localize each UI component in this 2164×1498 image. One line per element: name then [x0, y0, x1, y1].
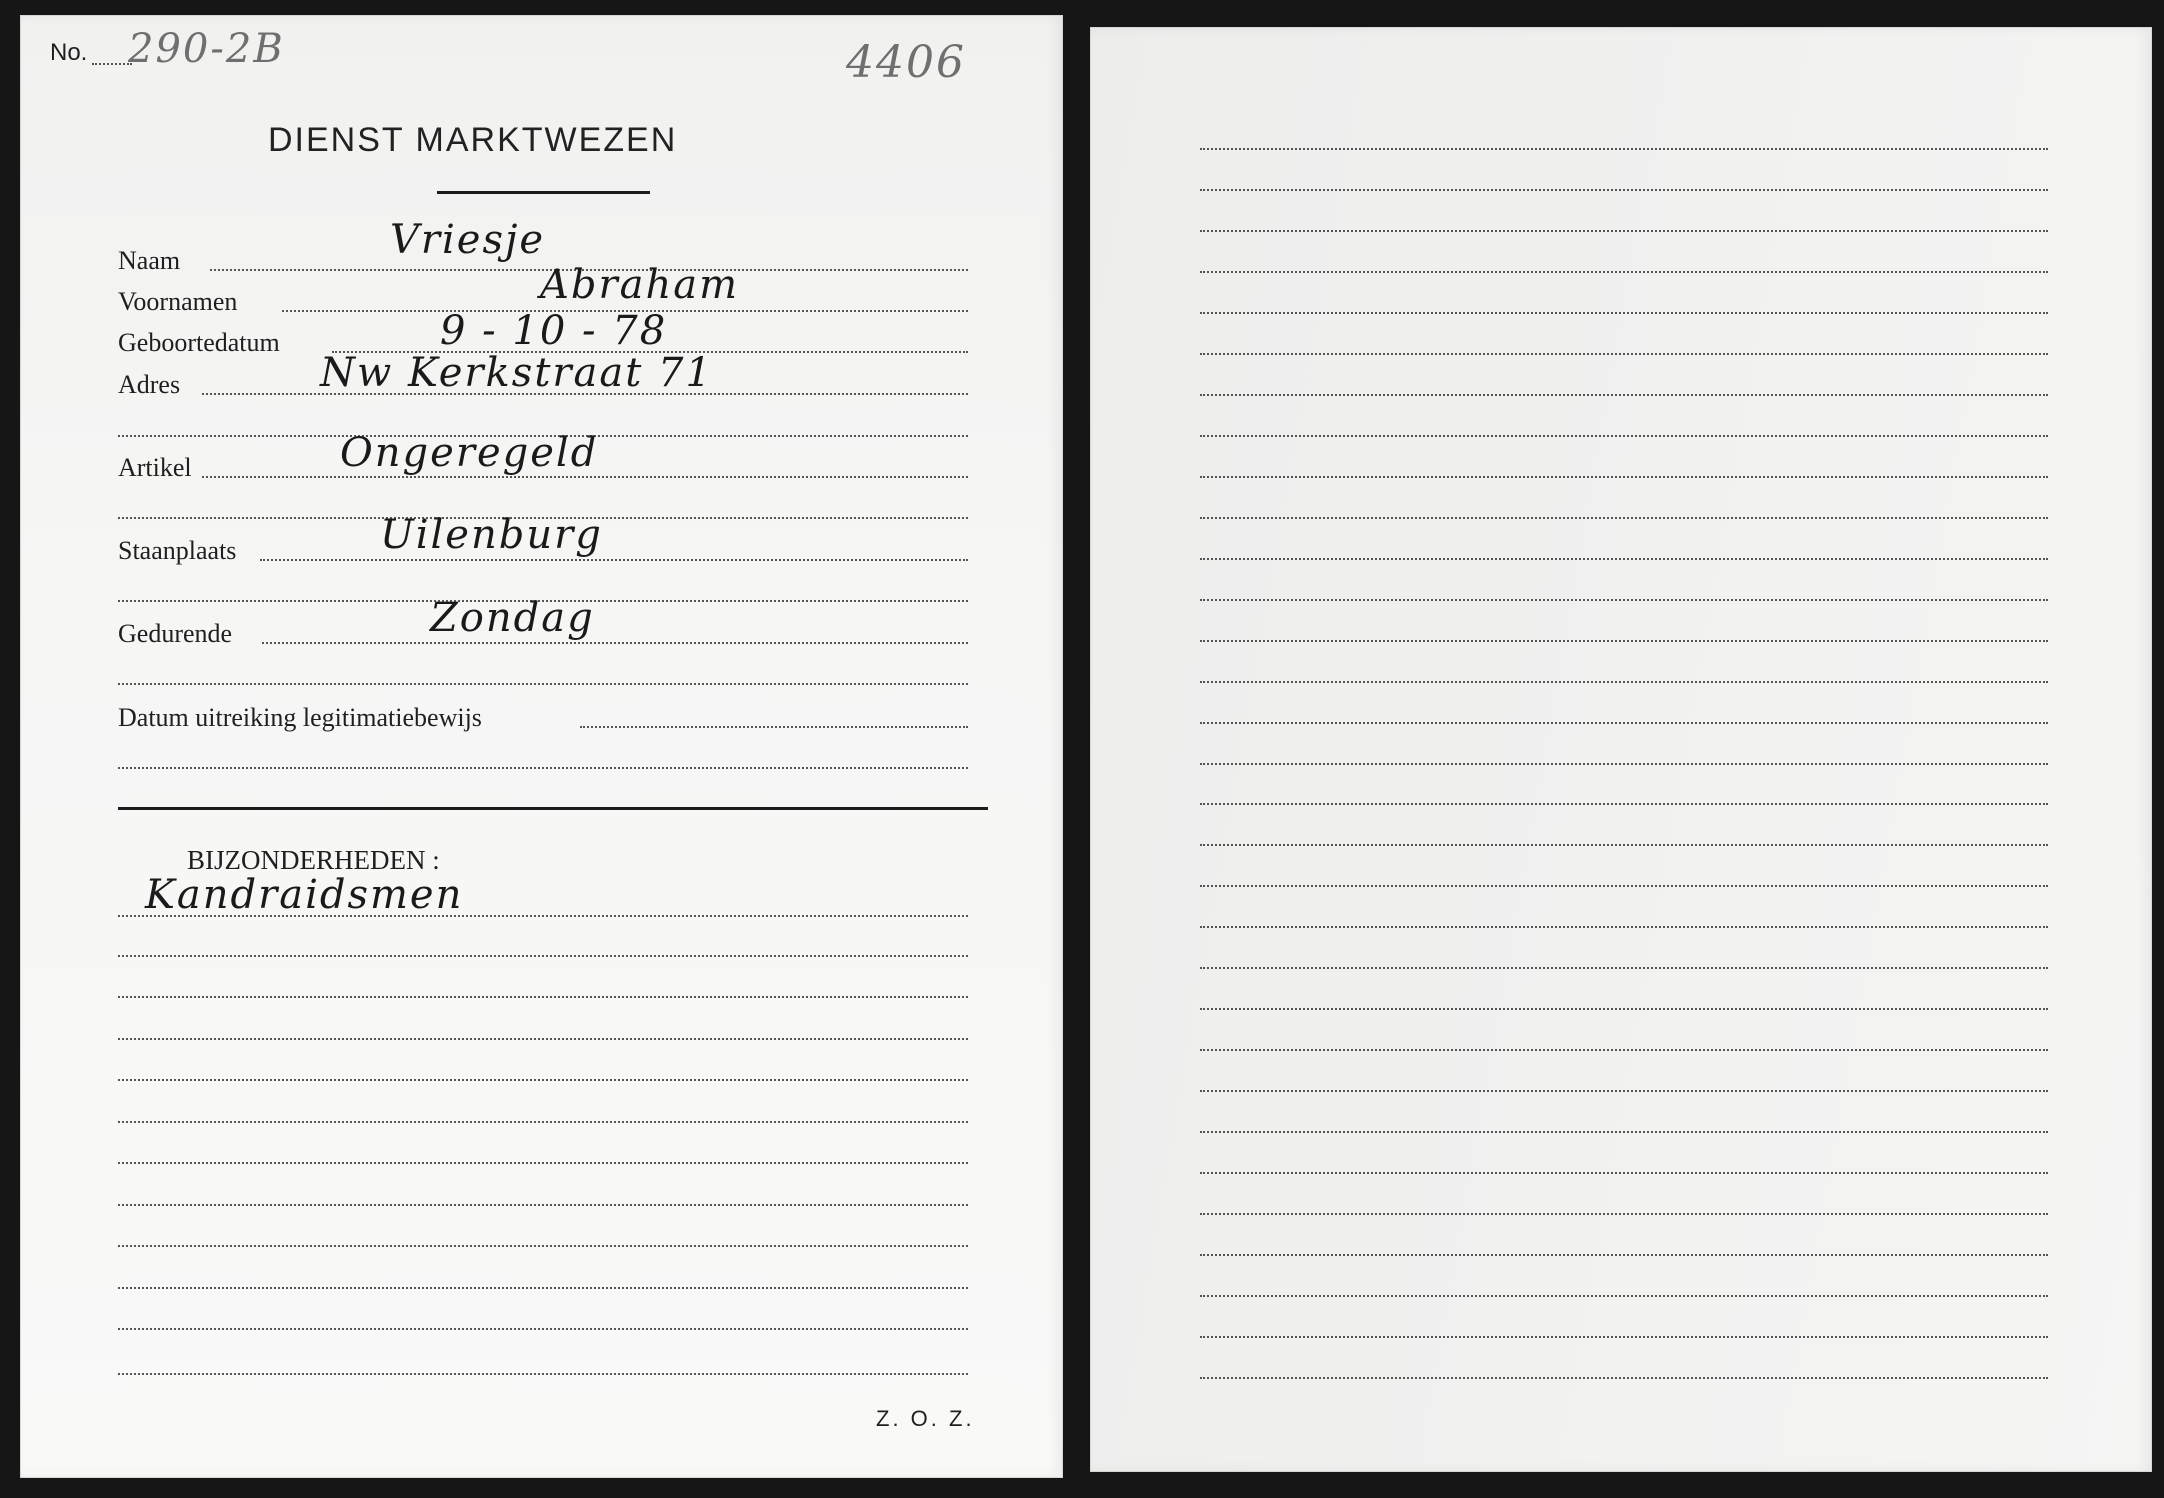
- field-value-staanplaats: Uilenburg: [380, 515, 603, 555]
- remarks-line: [118, 1287, 968, 1289]
- remarks-line: [118, 1121, 968, 1123]
- ruled-line: [1200, 148, 2048, 150]
- field-label-naam: Naam: [118, 248, 180, 274]
- field-label-gedurende: Gedurende: [118, 621, 232, 647]
- ruled-line: [1200, 844, 2048, 846]
- ruled-line: [1200, 1377, 2048, 1379]
- remarks-line: [118, 1245, 968, 1247]
- ruled-line: [1200, 1336, 2048, 1338]
- ruled-line: [1200, 599, 2048, 601]
- field-label-voornamen: Voornamen: [118, 289, 237, 315]
- field-label-staanplaats: Staanplaats: [118, 538, 236, 564]
- ruled-line: [1200, 271, 2048, 273]
- blank-line: [118, 767, 968, 769]
- ruled-line: [1200, 1254, 2048, 1256]
- title-underline: [437, 191, 650, 194]
- ruled-line: [1200, 476, 2048, 478]
- ruled-line: [1200, 681, 2048, 683]
- ruled-line: [1200, 1090, 2048, 1092]
- field-value-artikel: Ongeregeld: [340, 433, 598, 473]
- card-back: [1090, 27, 2152, 1472]
- remarks-line: [118, 955, 968, 957]
- field-value-adres: Nw Kerkstraat 71: [320, 353, 713, 393]
- ruled-line: [1200, 1172, 2048, 1174]
- ruled-line: [1200, 763, 2048, 765]
- remarks-line: [118, 1328, 968, 1330]
- remarks-line: [118, 1373, 968, 1375]
- field-line-artikel: [202, 476, 968, 478]
- field-label-artikel: Artikel: [118, 455, 192, 481]
- remarks-line: [118, 1204, 968, 1206]
- ruled-line: [1200, 722, 2048, 724]
- field-value-voornamen: Abraham: [540, 265, 739, 305]
- remarks-label: BIJZONDERHEDEN :: [187, 847, 440, 874]
- ruled-line: [1200, 640, 2048, 642]
- number-handwritten: 290-2B: [128, 29, 285, 69]
- ruled-line: [1200, 1131, 2048, 1133]
- archive-number: 4406: [846, 41, 966, 85]
- ruled-line: [1200, 967, 2048, 969]
- ruled-line: [1200, 803, 2048, 805]
- ruled-line: [1200, 230, 2048, 232]
- ruled-line: [1200, 558, 2048, 560]
- field-value-geboortedatum: 9 - 10 - 78: [440, 311, 667, 351]
- ruled-line: [1200, 1295, 2048, 1297]
- remarks-line: [118, 1079, 968, 1081]
- field-line-gedurende: [262, 642, 968, 644]
- remarks-value: Kandraidsmen: [145, 875, 463, 915]
- field-label-adres: Adres: [118, 372, 180, 398]
- field-value-gedurende: Zondag: [430, 598, 595, 638]
- remarks-line: [118, 996, 968, 998]
- ruled-line: [1200, 1213, 2048, 1215]
- ruled-line: [1200, 1049, 2048, 1051]
- page-title: DIENST MARKTWEZEN: [268, 123, 677, 157]
- ruled-line: [1200, 517, 2048, 519]
- ruled-line: [1200, 353, 2048, 355]
- field-label-geboortedatum: Geboortedatum: [118, 330, 280, 356]
- remarks-line: [118, 1162, 968, 1164]
- field-line-staanplaats: [260, 559, 968, 561]
- remarks-line: [118, 1038, 968, 1040]
- ruled-line: [1200, 1008, 2048, 1010]
- footer-zoz: Z. O. Z.: [876, 1408, 975, 1430]
- card-front: No. 290-2B 4406 DIENST MARKTWEZEN Naam V…: [20, 15, 1063, 1478]
- number-dotted-line: [92, 63, 132, 65]
- ruled-line: [1200, 189, 2048, 191]
- field-value-naam: Vriesje: [390, 220, 545, 260]
- field-label-datum-uitreiking: Datum uitreiking legitimatiebewijs: [118, 705, 482, 731]
- ruled-line: [1200, 885, 2048, 887]
- section-divider: [118, 807, 988, 810]
- ruled-line: [1200, 435, 2048, 437]
- blank-line: [118, 683, 968, 685]
- ruled-line: [1200, 312, 2048, 314]
- ruled-line: [1200, 394, 2048, 396]
- field-line-datum-uitreiking: [580, 726, 968, 728]
- ruled-line: [1200, 926, 2048, 928]
- number-label: No.: [50, 41, 87, 65]
